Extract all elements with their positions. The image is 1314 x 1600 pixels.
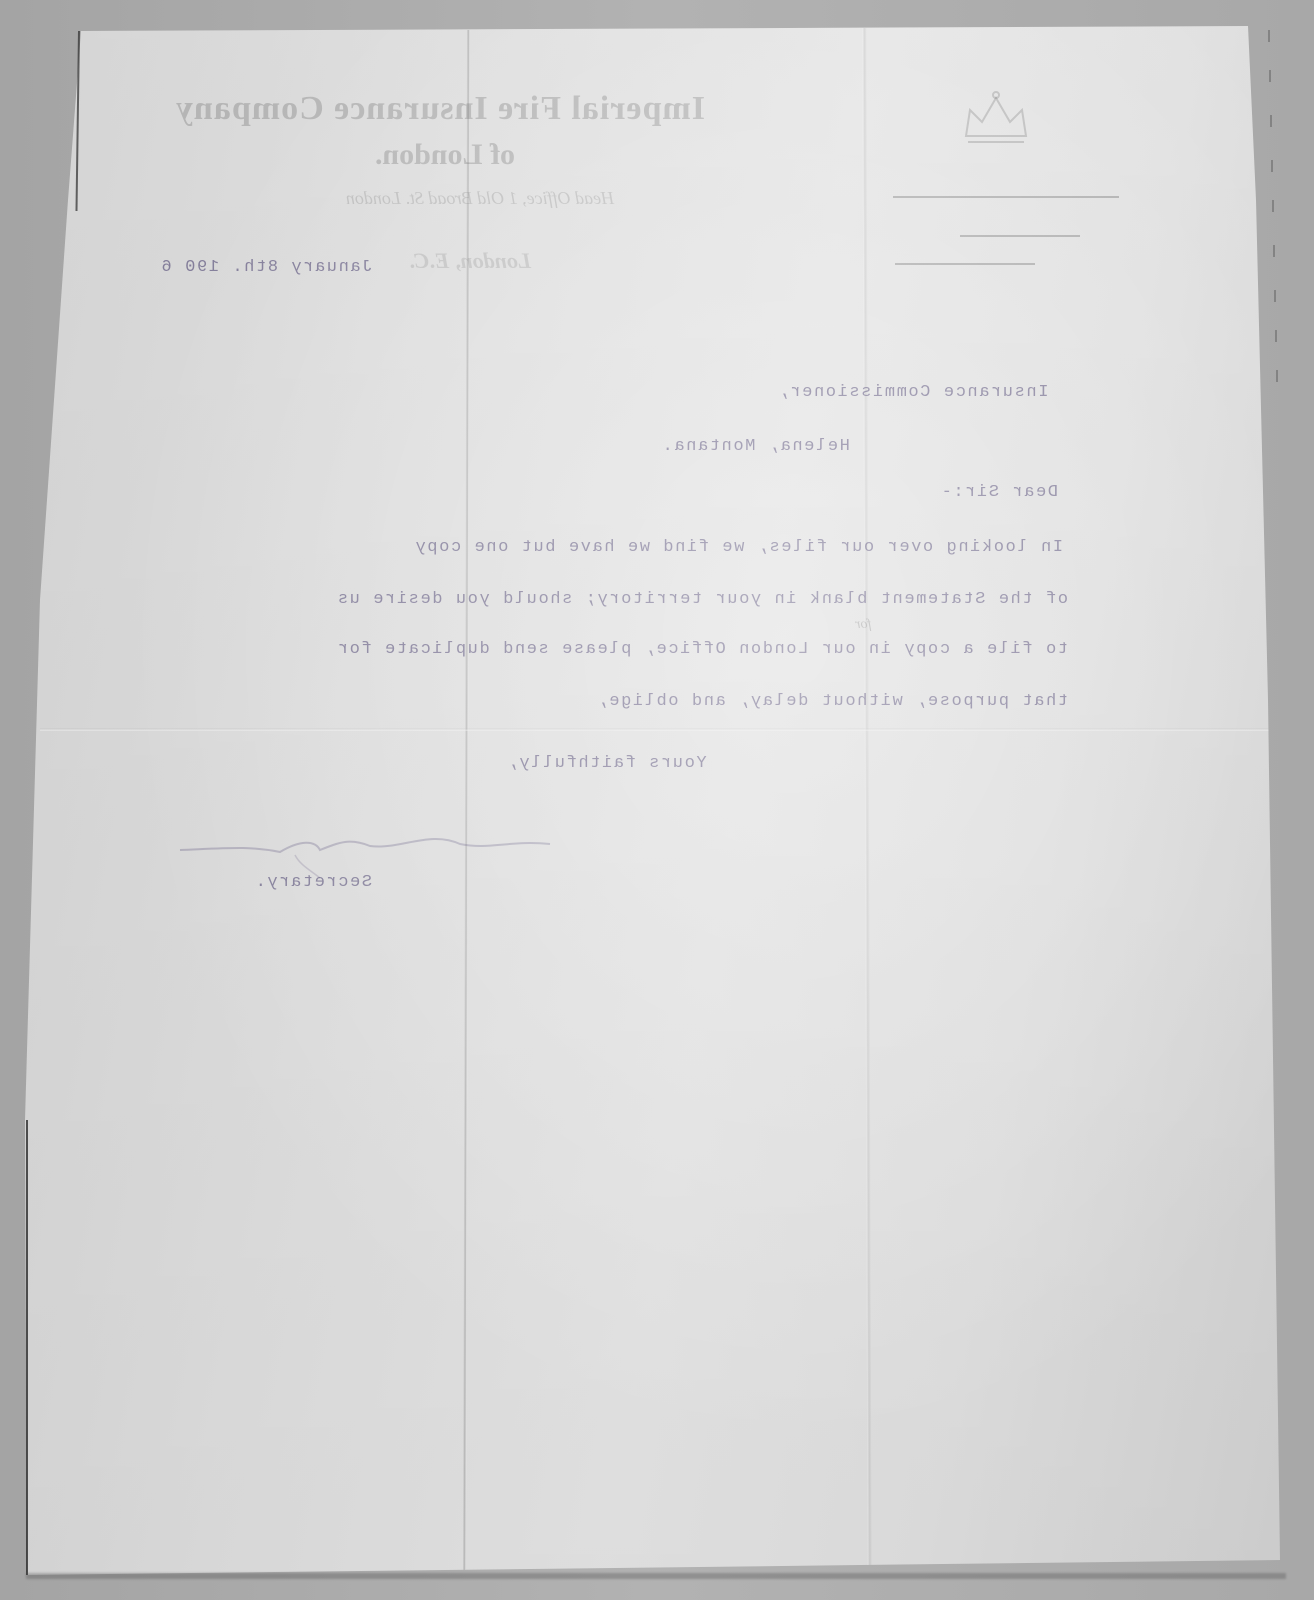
letterhead-city: of London. — [340, 138, 550, 172]
body-line-1: In looking over our files, we find we ha… — [118, 538, 1063, 557]
perforated-edge — [1268, 0, 1278, 400]
letterhead-rule-2 — [960, 235, 1080, 237]
body-line-2: of the Statement blank in your territory… — [118, 590, 1068, 609]
body-line-4: that purpose, without delay, and oblige, — [118, 692, 1068, 711]
letter-date: January 8th. 190 6 — [160, 258, 372, 277]
letterhead-company-name: Imperial Fire Insurance Company — [150, 90, 730, 128]
signature-title: Secretary. — [254, 873, 372, 892]
recipient-line-2: Helena, Montana. — [661, 437, 850, 456]
photo-scene: Imperial Fire Insurance Company of Londo… — [0, 0, 1314, 1600]
paper-edge-shadow-left-bottom — [26, 1120, 28, 1575]
closing: Yours faithfully, — [506, 754, 707, 773]
fold-crease-vertical-left — [463, 30, 470, 1575]
fold-crease-vertical-right — [862, 28, 871, 1576]
letterhead-rule-3 — [895, 263, 1035, 265]
handwritten-place: London, E.C. — [395, 248, 545, 274]
salutation: Dear Sir:- — [940, 483, 1058, 502]
letterhead-address: Head Office, 1 Old Broad St. London — [255, 188, 705, 209]
letterhead-rule-1 — [893, 196, 1119, 198]
crown-crest-icon — [958, 88, 1034, 144]
signature-scrawl — [170, 810, 610, 880]
body-line-3: to file a copy in our London Office, ple… — [118, 640, 1068, 659]
handwritten-insertion: for — [855, 617, 871, 633]
letter-sheet: Imperial Fire Insurance Company of Londo… — [0, 0, 1314, 1600]
recipient-line-1: Insurance Commissioner, — [777, 383, 1048, 402]
paper-edge-shadow-bottom — [26, 1573, 1286, 1579]
fold-crease-horizontal — [40, 728, 1270, 731]
